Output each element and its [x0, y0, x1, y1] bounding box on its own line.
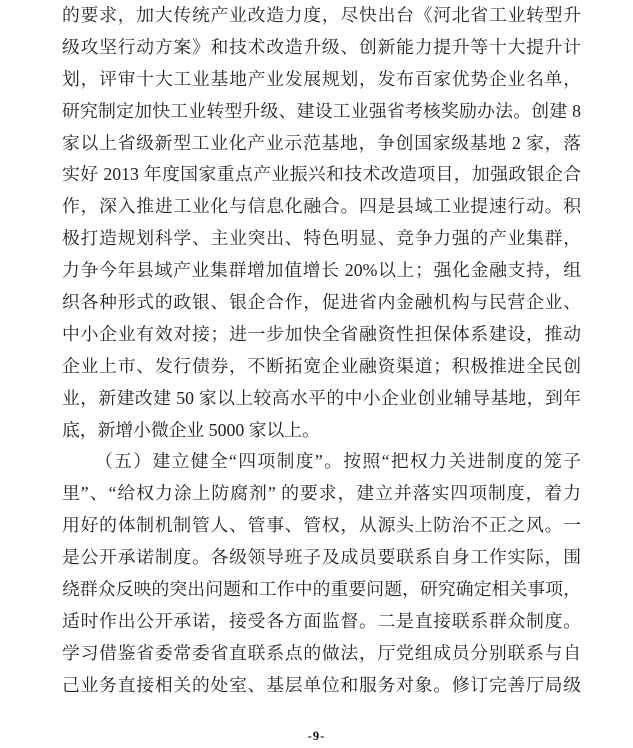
- text-line: 适时作出公开承诺，接受各方面监督。二是直接联系群众制度。: [62, 606, 581, 638]
- text-line: 是公开承诺制度。各级领导班子及成员要联系自身工作实际，围: [62, 542, 581, 574]
- document-page: 的要求，加大传统产业改造力度，尽快出台《河北省工业转型升 级攻坚行动方案》和技术…: [0, 0, 633, 748]
- text-line: 中小企业有效对接；进一步加快全省融资性担保体系建设，推动: [62, 319, 581, 351]
- text-line: 作，深入推进工业化与信息化融合。四是县域工业提速行动。积: [62, 191, 581, 223]
- text-line: 家以上省级新型工业化产业示范基地，争创国家级基地 2 家，落: [62, 128, 581, 160]
- text-line: 织各种形式的政银、银企合作，促进省内金融机构与民营企业、: [62, 287, 581, 319]
- text-line paragraph-start: （五）建立健全“四项制度”。按照“把权力关进制度的笼子: [62, 446, 581, 478]
- text-line: 力争今年县域产业集群增加值增长 20%以上；强化金融支持，组: [62, 255, 581, 287]
- text-line: 己业务直接相关的处室、基层单位和服务对象。修订完善厅局级: [62, 670, 581, 702]
- text-line: 企业上市、发行债券，不断拓宽企业融资渠道；积极推进全民创: [62, 351, 581, 383]
- text-line: 极打造规划科学、主业突出、特色明显、竞争力强的产业集群，: [62, 223, 581, 255]
- document-body: 的要求，加大传统产业改造力度，尽快出台《河北省工业转型升 级攻坚行动方案》和技术…: [62, 0, 581, 702]
- text-line: 的要求，加大传统产业改造力度，尽快出台《河北省工业转型升: [62, 0, 581, 32]
- text-line: 划，评审十大工业基地产业发展规划，发布百家优势企业名单，: [62, 64, 581, 96]
- text-line: 研究制定加快工业转型升级、建设工业强省考核奖励办法。创建 8: [62, 96, 581, 128]
- text-line: 里”、“给权力涂上防腐剂” 的要求，建立并落实四项制度，着力: [62, 478, 581, 510]
- text-line: 业，新建改建 50 家以上较高水平的中小企业创业辅导基地，到年: [62, 383, 581, 415]
- text-line: 级攻坚行动方案》和技术改造升级、创新能力提升等十大提升计: [62, 32, 581, 64]
- text-line: 用好的体制机制管人、管事、管权，从源头上防治不正之风。一: [62, 510, 581, 542]
- text-line: 学习借鉴省委常委省直联系点的做法，厅党组成员分别联系与自: [62, 638, 581, 670]
- page-number: -9-: [0, 727, 633, 745]
- text-line paragraph-end: 底，新增小微企业 5000 家以上。: [62, 415, 581, 447]
- text-line: 实好 2013 年度国家重点产业振兴和技术改造项目，加强政银企合: [62, 159, 581, 191]
- text-line: 绕群众反映的突出问题和工作中的重要问题，研究确定相关事项，: [62, 574, 581, 606]
